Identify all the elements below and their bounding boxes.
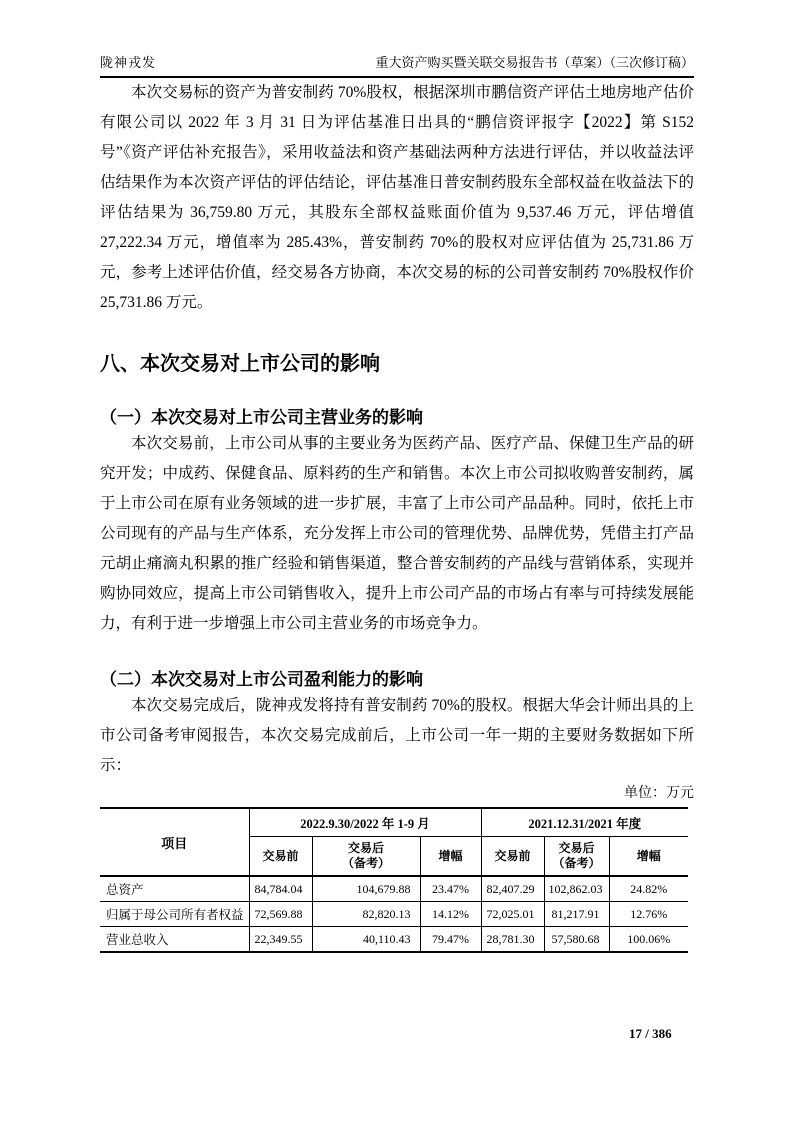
page-header: 陇神戎发 重大资产购买暨关联交易报告书（草案）（三次修订稿） xyxy=(100,52,694,78)
table-unit-label: 单位：万元 xyxy=(100,784,694,804)
paragraph-profitability-impact: 本次交易完成后，陇神戎发将持有普安制药 70%的股权。根据大华会计师出具的上市公… xyxy=(100,691,694,781)
table-row: 总资产84,784.04104,679.8823.47%82,407.29102… xyxy=(100,876,688,902)
column-header-post-deal-2021: 交易后 （备考） xyxy=(544,837,609,877)
row-value: 104,679.88 xyxy=(312,876,420,902)
subsection-heading-1: （一）本次交易对上市公司主营业务的影响 xyxy=(100,407,694,429)
row-value: 100.06% xyxy=(609,927,688,953)
row-value: 24.82% xyxy=(609,876,688,902)
table-header: 项目 2022.9.30/2022 年 1-9 月 2021.12.31/202… xyxy=(100,808,688,876)
column-header-post-deal-2022: 交易后 （备考） xyxy=(312,837,420,877)
row-value: 28,781.30 xyxy=(481,927,544,953)
row-item-label: 归属于母公司所有者权益 xyxy=(100,902,249,927)
paragraph-valuation-summary: 本次交易标的资产为普安制药 70%股权，根据深圳市鹏信资产评估土地房地产估价有限… xyxy=(100,78,694,318)
row-item-label: 营业总收入 xyxy=(100,927,249,953)
column-header-change-2021: 增幅 xyxy=(609,837,688,877)
table-period-row: 项目 2022.9.30/2022 年 1-9 月 2021.12.31/202… xyxy=(100,808,688,837)
header-company-name: 陇神戎发 xyxy=(100,52,156,71)
row-value: 82,407.29 xyxy=(481,876,544,902)
row-value: 72,025.01 xyxy=(481,902,544,927)
row-value: 79.47% xyxy=(420,927,481,953)
financial-data-table: 项目 2022.9.30/2022 年 1-9 月 2021.12.31/202… xyxy=(100,807,688,953)
row-value: 12.76% xyxy=(609,902,688,927)
row-value: 81,217.91 xyxy=(544,902,609,927)
row-value: 84,784.04 xyxy=(249,876,312,902)
column-header-pre-deal-2021: 交易前 xyxy=(481,837,544,877)
column-header-change-2022: 增幅 xyxy=(420,837,481,877)
page-number: 17 / 386 xyxy=(629,1026,672,1042)
table-body: 总资产84,784.04104,679.8823.47%82,407.29102… xyxy=(100,876,688,952)
document-page: 陇神戎发 重大资产购买暨关联交易报告书（草案）（三次修订稿） 本次交易标的资产为… xyxy=(0,0,793,1122)
column-group-2021: 2021.12.31/2021 年度 xyxy=(481,808,688,837)
section-heading-8: 八、本次交易对上市公司的影响 xyxy=(100,351,694,377)
paragraph-main-business-impact: 本次交易前，上市公司从事的主要业务为医药产品、医疗产品、保健卫生产品的研究开发；… xyxy=(100,429,694,639)
row-item-label: 总资产 xyxy=(100,876,249,902)
row-value: 102,862.03 xyxy=(544,876,609,902)
table-row: 归属于母公司所有者权益72,569.8882,820.1314.12%72,02… xyxy=(100,902,688,927)
column-header-item: 项目 xyxy=(100,808,249,876)
row-value: 82,820.13 xyxy=(312,902,420,927)
column-group-2022: 2022.9.30/2022 年 1-9 月 xyxy=(249,808,481,837)
table-row: 营业总收入22,349.5540,110.4379.47%28,781.3057… xyxy=(100,927,688,953)
row-value: 40,110.43 xyxy=(312,927,420,953)
row-value: 14.12% xyxy=(420,902,481,927)
subsection-heading-2: （二）本次交易对上市公司盈利能力的影响 xyxy=(100,669,694,691)
row-value: 23.47% xyxy=(420,876,481,902)
column-header-pre-deal-2022: 交易前 xyxy=(249,837,312,877)
row-value: 72,569.88 xyxy=(249,902,312,927)
row-value: 57,580.68 xyxy=(544,927,609,953)
header-report-title: 重大资产购买暨关联交易报告书（草案）（三次修订稿） xyxy=(375,52,694,71)
row-value: 22,349.55 xyxy=(249,927,312,953)
